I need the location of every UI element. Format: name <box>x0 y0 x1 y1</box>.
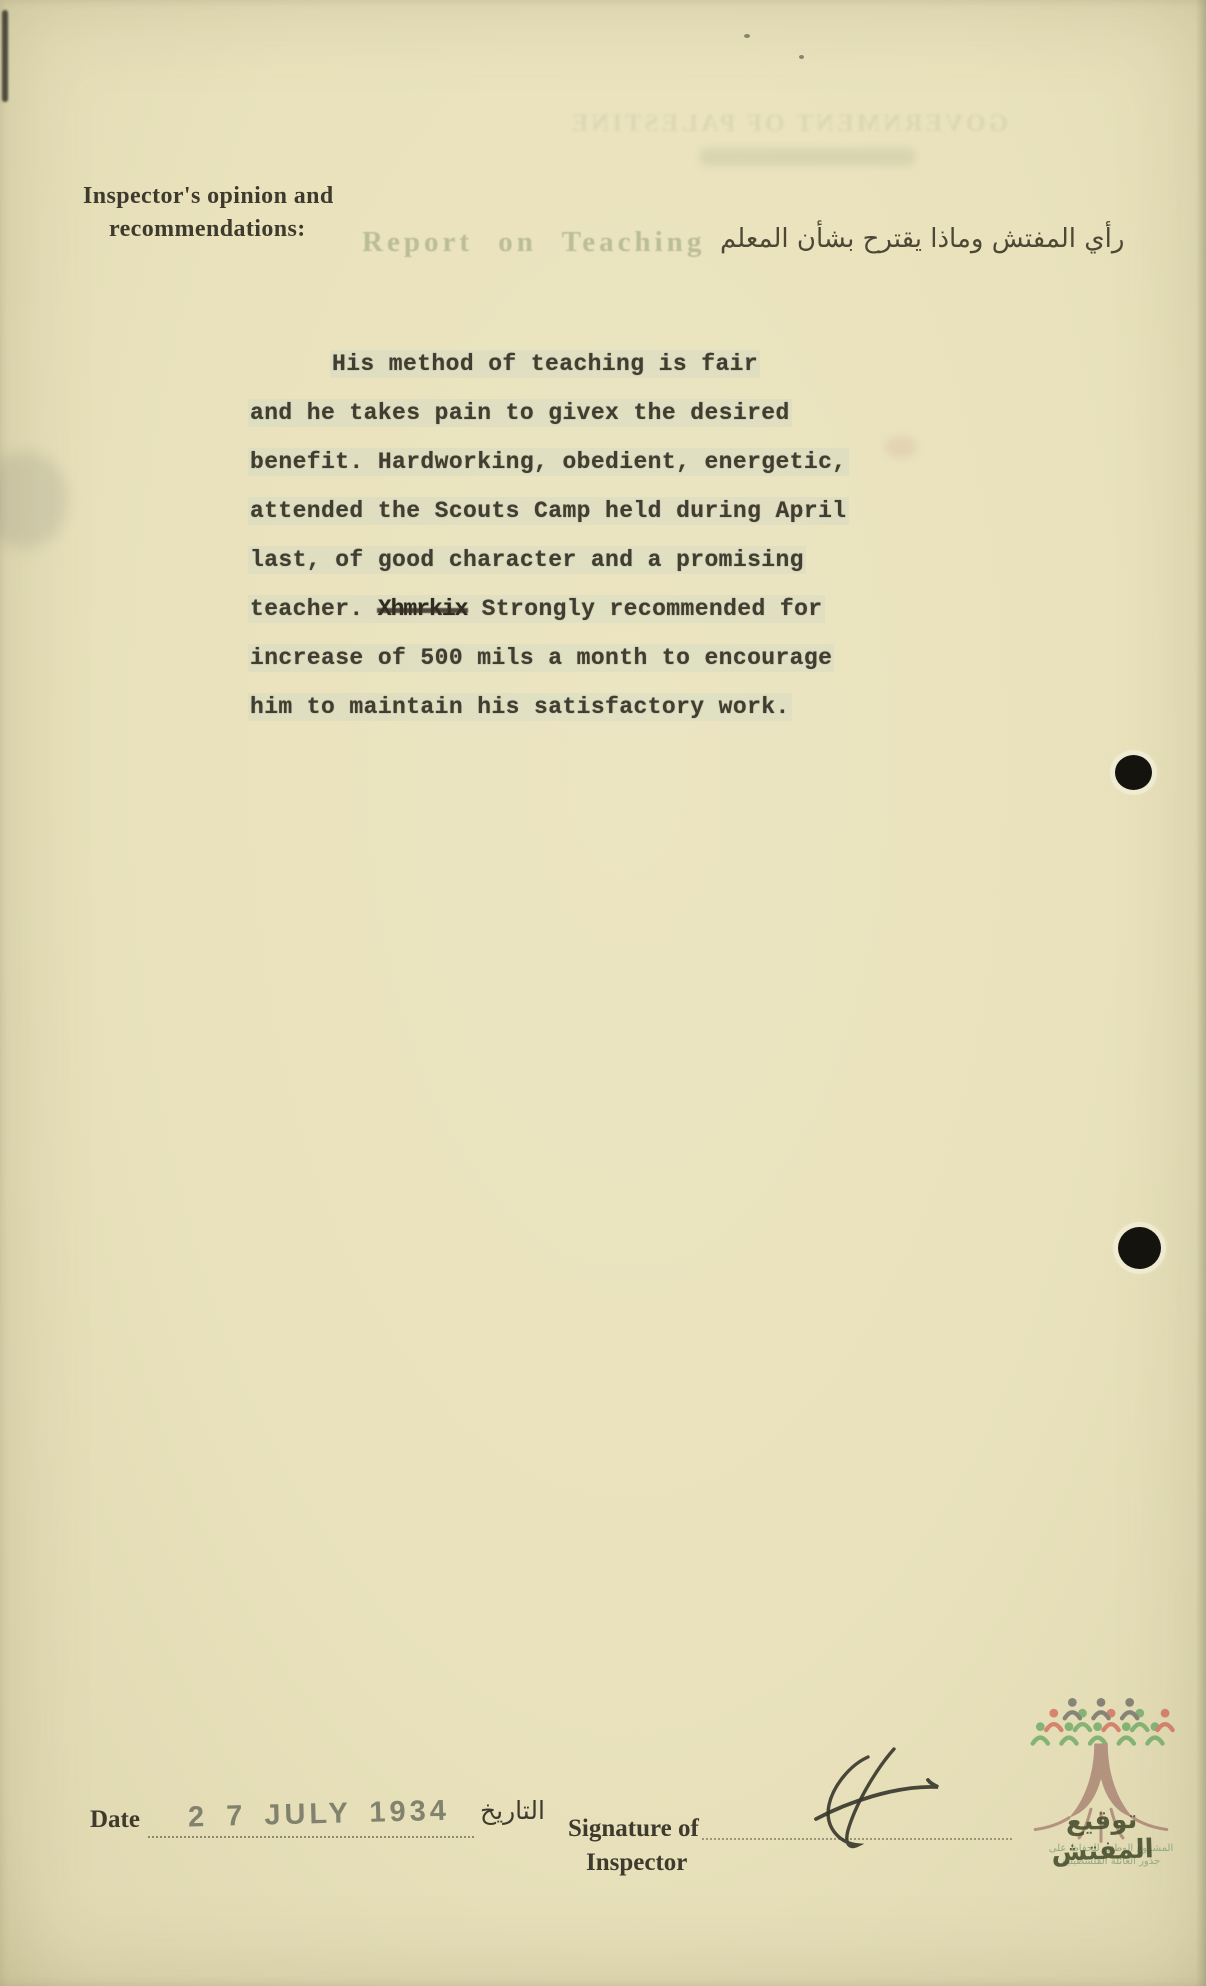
remark-line: him to maintain his satisfactory work. <box>248 683 908 732</box>
signature-label-line1: Signature of <box>568 1815 699 1842</box>
date-label-arabic: التاريخ <box>480 1796 545 1825</box>
date-label: Date <box>90 1806 140 1834</box>
remark-line: teacher. Xhmrkix Strongly recommended fo… <box>248 585 908 634</box>
signature-label-line2: Inspector <box>586 1846 699 1880</box>
scan-edge-shadow <box>1196 0 1206 1986</box>
remark-line: increase of 500 mils a month to encourag… <box>248 634 908 683</box>
paper-speck <box>744 34 750 38</box>
signature-label: Signature of Inspector <box>568 1812 699 1880</box>
opinion-label-arabic: رأي المفتش وماذا يقترح بشأن المعلم <box>720 224 1148 254</box>
struck-out-word: Xhmrkix <box>378 596 468 622</box>
remark-line: and he takes pain to givex the desired <box>248 389 908 438</box>
inspector-signature-ink <box>788 1745 948 1857</box>
scan-edge-mark <box>2 10 8 102</box>
remark-line: His method of teaching is fair <box>248 340 908 389</box>
hole-punch <box>1118 1227 1161 1269</box>
opinion-label-line1: Inspector's opinion and <box>83 183 334 209</box>
paper-speck <box>799 55 804 59</box>
bleedthrough-header-text: GOVERNMENT OF PALESTINE <box>618 110 1008 138</box>
remark-line: attended the Scouts Camp held during Apr… <box>248 487 908 536</box>
opinion-label-line2: recommendations: <box>109 213 334 246</box>
hole-punch <box>1115 755 1152 790</box>
paper-smudge <box>0 452 68 548</box>
opinion-label: Inspector's opinion and recommendations: <box>83 180 334 246</box>
remark-line: benefit. Hardworking, obedient, energeti… <box>248 438 908 487</box>
bleedthrough-smudge <box>700 148 915 166</box>
date-stamp: 2 7 JULY 1934 <box>188 1794 459 1834</box>
remark-line: last, of good character and a promising <box>248 536 908 585</box>
scanned-document-page: GOVERNMENT OF PALESTINE Report on Teachi… <box>0 0 1206 1986</box>
typewritten-remarks: His method of teaching is fair and he ta… <box>248 340 908 732</box>
signature-label-arabic: توقيع المفتش <box>1015 1803 1189 1869</box>
